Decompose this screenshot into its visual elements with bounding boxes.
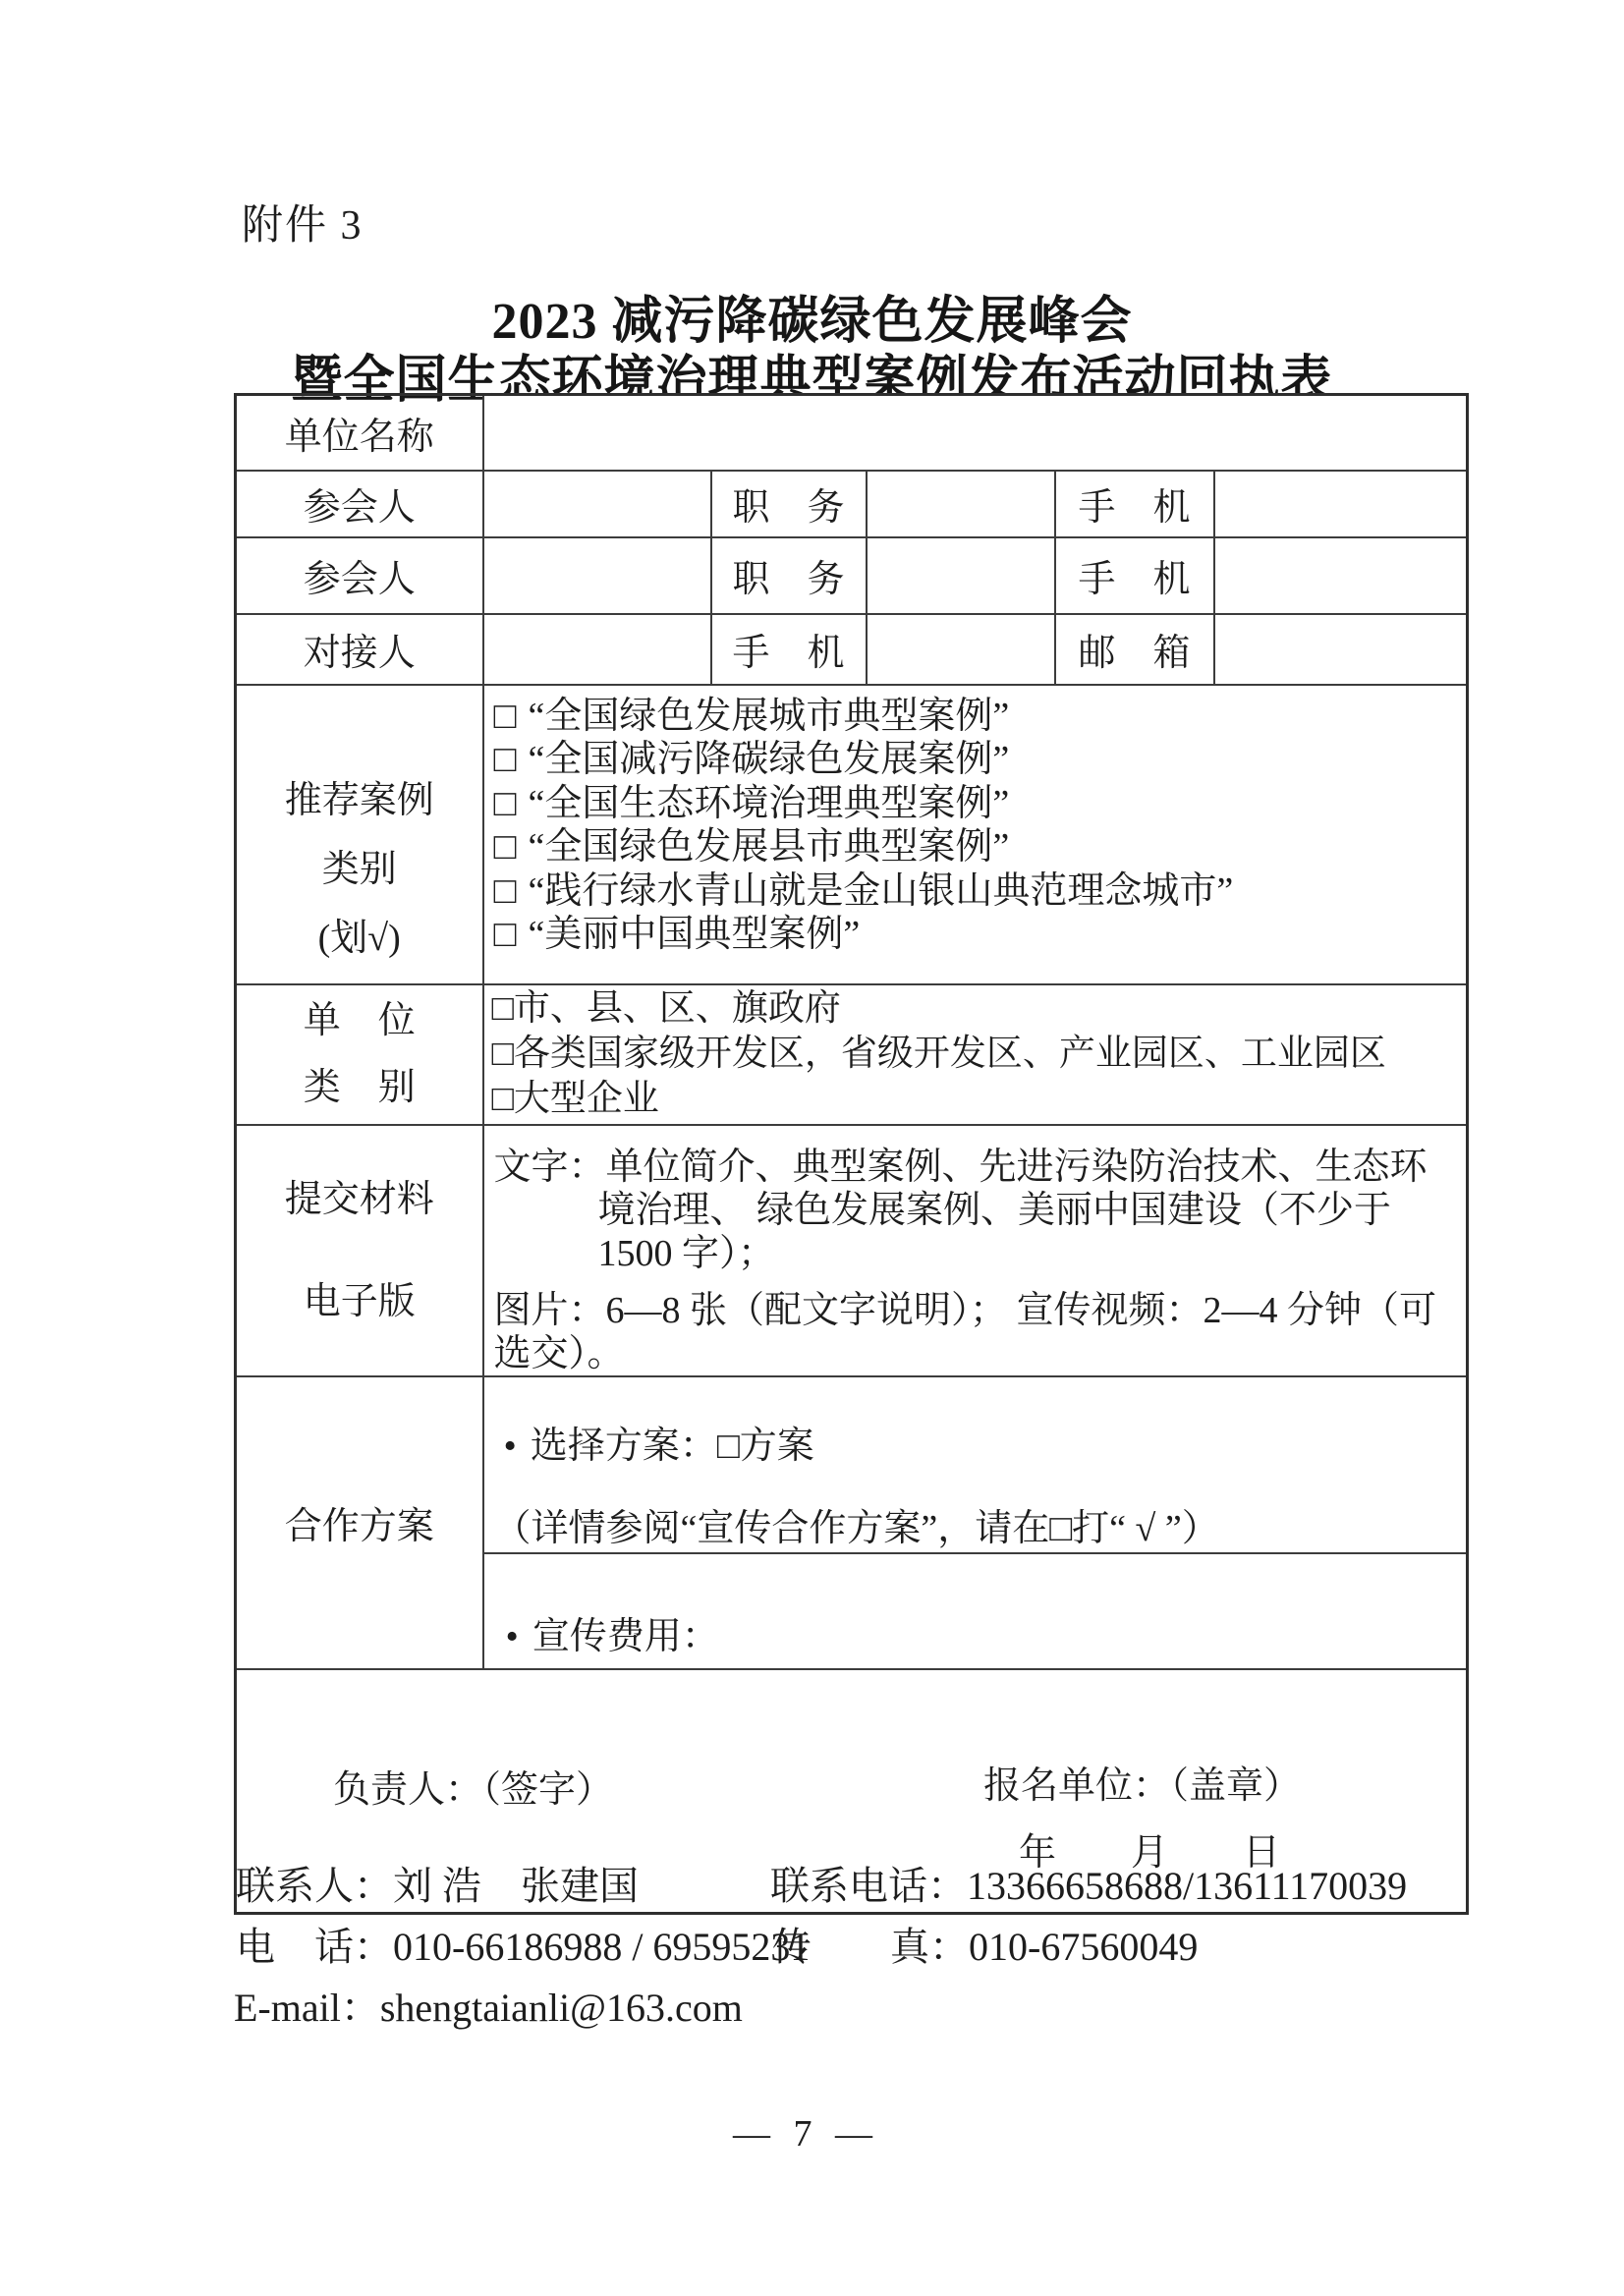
unit-seal-label: 报名单位：（盖章）	[983, 1764, 1301, 1808]
attendee-name-input-cell[interactable]	[483, 471, 711, 537]
liaison-phone-label: 手 机	[711, 614, 867, 685]
unit-name-label: 单位名称	[236, 395, 483, 471]
case-option-row[interactable]: □“全国减污降碳绿色发展案例”	[494, 738, 1461, 781]
checkbox-icon[interactable]: □	[494, 782, 517, 825]
attendee-phone-input-cell[interactable]	[1214, 537, 1468, 614]
case-category-row: 推荐案例 类别 (划√) □“全国绿色发展城市典型案例” □“全国减污降碳绿色发…	[236, 685, 1468, 984]
label-line: 类别	[237, 835, 482, 904]
case-option-row[interactable]: □“全国绿色发展县市典型案例”	[494, 825, 1461, 868]
contact-phone-text: 联系电话：13366658688/13611170039	[770, 1864, 1407, 1909]
label-line: 推荐案例	[237, 766, 482, 835]
text-prefix: 文字：	[494, 1147, 606, 1188]
unit-option-row[interactable]: □市、县、区、旗政府	[492, 987, 1467, 1031]
checkbox-icon[interactable]: □	[494, 695, 517, 738]
case-category-label: 推荐案例 类别 (划√)	[236, 685, 483, 984]
unit-category-label: 单 位 类 别	[236, 984, 483, 1125]
checkbox-icon[interactable]: □	[494, 825, 517, 868]
attendee-name-input-cell[interactable]	[483, 537, 711, 614]
cooperation-row: 合作方案 •选择方案：□方案 （详情参阅“宣传合作方案”，请在□打“ √ ”）	[236, 1376, 1468, 1553]
checkbox-icon[interactable]: □	[494, 869, 517, 913]
attendee-phone-label: 手 机	[1055, 537, 1214, 614]
page-number: — 7 —	[733, 2112, 872, 2156]
telephone-text: 电 话：010-66186988 / 69595231	[236, 1925, 810, 1970]
case-option-label: “全国绿色发展县市典型案例”	[528, 826, 1009, 868]
materials-row: 提交材料 电子版 文字：单位简介、典型案例、先进污染防治技术、生态环境治理、 绿…	[236, 1125, 1468, 1376]
liaison-email-label: 邮 箱	[1055, 614, 1214, 685]
plan-select-line: •选择方案：□方案	[504, 1425, 1467, 1468]
case-option-row[interactable]: □“全国绿色发展城市典型案例”	[494, 695, 1461, 738]
liaison-name-input-cell[interactable]	[483, 614, 711, 685]
case-option-label: “全国绿色发展城市典型案例”	[528, 696, 1009, 737]
label-line: 单 位	[237, 987, 482, 1054]
case-option-label: “全国生态环境治理典型案例”	[528, 783, 1009, 824]
plan-note-line: （详情参阅“宣传合作方案”，请在□打“ √ ”）	[494, 1507, 1467, 1550]
case-option-label: “践行绿水青山就是金山银山典范理念城市”	[528, 870, 1233, 912]
bullet-icon: •	[504, 1426, 517, 1467]
select-suffix: 方案	[740, 1426, 814, 1467]
label-line: 电子版	[237, 1251, 482, 1353]
checkbox-icon[interactable]: □	[492, 1033, 514, 1076]
liaison-name-label: 对接人	[236, 614, 483, 685]
select-prefix: 选择方案：	[531, 1426, 717, 1467]
fax-text: 传 真：010-67560049	[772, 1925, 1198, 1970]
cooperation-select-cell: •选择方案：□方案 （详情参阅“宣传合作方案”，请在□打“ √ ”）	[483, 1376, 1468, 1553]
liaison-row: 对接人 手 机 邮 箱	[236, 614, 1468, 685]
document-page: 附件 3 2023 减污降碳绿色发展峰会 暨全国生态环境治理典型案例发布活动回执…	[0, 0, 1624, 2296]
attachment-label: 附件 3	[242, 193, 364, 252]
label-line: 提交材料	[237, 1148, 482, 1251]
attendee-title-input-cell[interactable]	[867, 537, 1055, 614]
checkbox-icon[interactable]: □	[492, 987, 514, 1031]
attendee-name-label: 参会人	[236, 471, 483, 537]
attendee-title-input-cell[interactable]	[867, 471, 1055, 537]
checkbox-icon[interactable]: □	[492, 1078, 514, 1121]
label-line: (划√)	[237, 904, 482, 973]
case-option-row[interactable]: □“美丽中国典型案例”	[494, 913, 1461, 956]
case-option-row[interactable]: □“践行绿水青山就是金山银山典范理念城市”	[494, 869, 1461, 913]
cooperation-fee-cell[interactable]: •宣传费用：	[483, 1553, 1468, 1669]
reply-form-table: 单位名称 参会人 职 务 手 机 参会人 职 务 手 机 对接人 手 机 邮 箱	[234, 393, 1469, 1915]
unit-name-row: 单位名称	[236, 395, 1468, 471]
cooperation-label: 合作方案	[236, 1376, 483, 1669]
responsible-sign-label: 负责人：（签字）	[333, 1768, 613, 1812]
case-option-label: “美丽中国典型案例”	[528, 914, 860, 955]
liaison-phone-input-cell[interactable]	[867, 614, 1055, 685]
attendee-name-label: 参会人	[236, 537, 483, 614]
attendee-row: 参会人 职 务 手 机	[236, 471, 1468, 537]
email-text: E-mail：shengtaianli@163.com	[234, 1986, 743, 2031]
unit-option-label: 大型企业	[514, 1079, 659, 1119]
case-category-options: □“全国绿色发展城市典型案例” □“全国减污降碳绿色发展案例” □“全国生态环境…	[483, 685, 1468, 984]
attendee-title-label: 职 务	[711, 537, 867, 614]
attendee-phone-input-cell[interactable]	[1214, 471, 1468, 537]
unit-name-input-cell[interactable]	[483, 395, 1468, 471]
unit-option-row[interactable]: □各类国家级开发区，省级开发区、产业园区、工业园区	[492, 1033, 1467, 1076]
checkbox-icon[interactable]: □	[717, 1425, 740, 1468]
label-line: 类 别	[237, 1054, 482, 1121]
liaison-email-input-cell[interactable]	[1214, 614, 1468, 685]
materials-content: 文字：单位简介、典型案例、先进污染防治技术、生态环境治理、 绿色发展案例、美丽中…	[483, 1125, 1468, 1376]
attendee-title-label: 职 务	[711, 471, 867, 537]
case-option-row[interactable]: □“全国生态环境治理典型案例”	[494, 782, 1461, 825]
case-option-label: “全国减污降碳绿色发展案例”	[528, 739, 1009, 780]
unit-option-label: 市、县、区、旗政府	[514, 988, 841, 1029]
attendee-row: 参会人 职 务 手 机	[236, 537, 1468, 614]
attendee-phone-label: 手 机	[1055, 471, 1214, 537]
materials-label: 提交材料 电子版	[236, 1125, 483, 1376]
unit-option-label: 各类国家级开发区，省级开发区、产业园区、工业园区	[514, 1034, 1386, 1074]
bullet-icon: •	[506, 1616, 519, 1657]
unit-option-row[interactable]: □大型企业	[492, 1078, 1467, 1121]
contact-person-text: 联系人：刘 浩 张建国	[236, 1864, 639, 1909]
fee-label: 宣传费用：	[532, 1616, 719, 1657]
materials-media-requirement: 图片：6—8 张（配文字说明）； 宣传视频：2—4 分钟（可选交）。	[494, 1289, 1459, 1375]
unit-category-row: 单 位 类 别 □市、县、区、旗政府 □各类国家级开发区，省级开发区、产业园区、…	[236, 984, 1468, 1125]
unit-category-options: □市、县、区、旗政府 □各类国家级开发区，省级开发区、产业园区、工业园区 □大型…	[483, 984, 1468, 1125]
checkbox-icon[interactable]: □	[494, 913, 517, 956]
fee-line: •宣传费用：	[506, 1615, 1467, 1658]
text-body: 单位简介、典型案例、先进污染防治技术、生态环境治理、 绿色发展案例、美丽中国建设…	[598, 1147, 1428, 1274]
checkbox-icon[interactable]: □	[494, 738, 517, 781]
materials-text-requirement: 文字：单位简介、典型案例、先进污染防治技术、生态环境治理、 绿色发展案例、美丽中…	[494, 1146, 1459, 1275]
